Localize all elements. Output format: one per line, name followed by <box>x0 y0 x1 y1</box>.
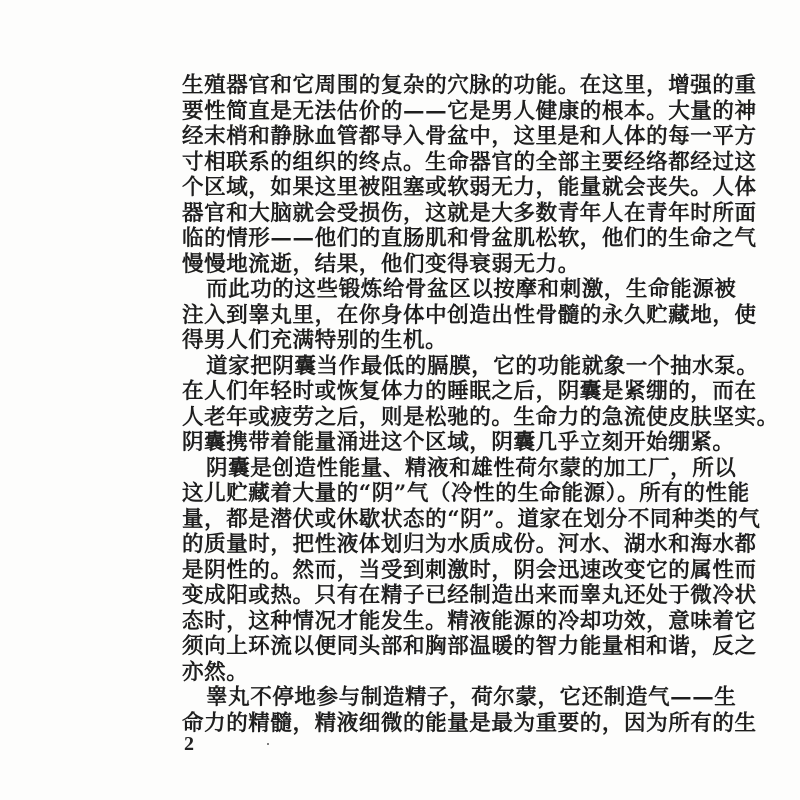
text-line: 这儿贮藏着大量的“阴”气（冷性的生命能源）。所有的性能 <box>182 481 627 507</box>
text-line: 须向上环流以便同头部和胸部温暖的智力能量相和谐，反之 <box>182 634 627 660</box>
paragraph-start-line: 而此功的这些锻炼给骨盆区以按摩和刺激，生命能源被 <box>182 277 627 303</box>
text-line: 人老年或疲劳之后，则是松驰的。生命力的急流使皮肤坚实。 <box>182 405 627 431</box>
text-line: 慢慢地流逝，结果，他们变得衰弱无力。 <box>182 252 627 278</box>
text-line: 量，都是潜伏或休歇状态的“阴”。道家在划分不同种类的气 <box>182 507 627 533</box>
scan-speck <box>267 743 269 745</box>
paragraph-start-line: 道家把阴囊当作最低的膈膜，它的功能就象一个抽水泵。 <box>182 354 627 380</box>
text-line: 经末梢和静脉血管都导入骨盆中，这里是和人体的每一平方 <box>182 124 627 150</box>
text-line: 临的情形——他们的直肠肌和骨盆肌松软，他们的生命之气 <box>182 226 627 252</box>
text-line: 亦然。 <box>182 660 627 686</box>
paragraph-start-line: 阴囊是创造性能量、精液和雄性荷尔蒙的加工厂，所以 <box>182 456 627 482</box>
text-line: 要性简直是无法估价的——它是男人健康的根本。大量的神 <box>182 99 627 125</box>
document-page: 生殖器官和它周围的复杂的穴脉的功能。在这里，增强的重 要性简直是无法估价的——它… <box>0 0 800 800</box>
text-line: 变成阳或热。只有在精子已经制造出来而睾丸还处于微冷状 <box>182 583 627 609</box>
body-text: 生殖器官和它周围的复杂的穴脉的功能。在这里，增强的重 要性简直是无法估价的——它… <box>182 73 627 736</box>
text-line: 是阴性的。然而，当受到刺激时，阴会迅速改变它的属性而 <box>182 558 627 584</box>
page-number: 2 <box>184 733 194 756</box>
text-line: 寸相联系的组织的终点。生命器官的全部主要经络都经过这 <box>182 150 627 176</box>
text-line: 阴囊携带着能量涌进这个区域，阴囊几乎立刻开始绷紧。 <box>182 430 627 456</box>
text-line: 器官和大脑就会受损伤，这就是大多数青年人在青年时所面 <box>182 201 627 227</box>
text-line: 态时，这种情况才能发生。精液能源的冷却功效，意味着它 <box>182 609 627 635</box>
text-line: 的质量时，把性液体划归为水质成份。河水、湖水和海水都 <box>182 532 627 558</box>
text-line: 生殖器官和它周围的复杂的穴脉的功能。在这里，增强的重 <box>182 73 627 99</box>
text-line: 注入到睾丸里，在你身体中创造出性骨髓的永久贮藏地，使 <box>182 303 627 329</box>
text-line: 在人们年轻时或恢复体力的睡眠之后，阴囊是紧绷的，而在 <box>182 379 627 405</box>
text-line: 得男人们充满特别的生机。 <box>182 328 627 354</box>
text-line: 命力的精髓，精液细微的能量是最为重要的，因为所有的生 <box>182 711 627 737</box>
paragraph-start-line: 睾丸不停地参与制造精子，荷尔蒙，它还制造气——生 <box>182 685 627 711</box>
text-line: 个区域，如果这里被阻塞或软弱无力，能量就会丧失。人体 <box>182 175 627 201</box>
